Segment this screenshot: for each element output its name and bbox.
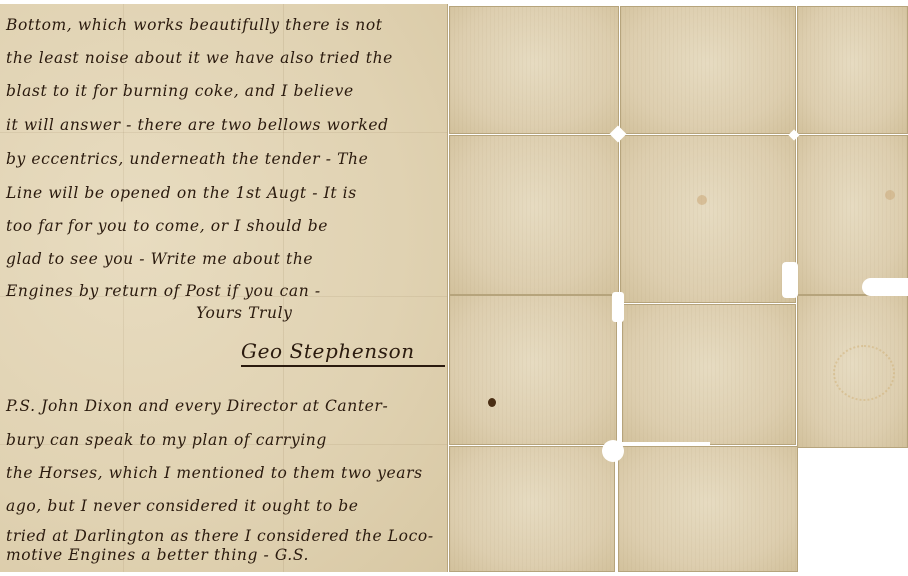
- postscript-line: bury can speak to my plan of carrying: [6, 431, 327, 449]
- tear-hole: [862, 278, 908, 296]
- tear-hole: [612, 292, 624, 322]
- postscript-line: ago, but I never considered it ought to …: [6, 497, 359, 515]
- tear-hole: [620, 442, 710, 446]
- blank-panel-r3c2: [622, 304, 796, 445]
- blank-panel-r2c1: [449, 135, 619, 295]
- blank-panel-r4c2: [618, 446, 798, 572]
- postscript-line: motive Engines a better thing - G.S.: [6, 546, 309, 564]
- signature: Geo Stephenson: [241, 339, 445, 367]
- body-line: Line will be opened on the 1st Augt - It…: [6, 184, 357, 202]
- foxing-spot: [697, 195, 707, 205]
- postscript-line: tried at Darlington as there I considere…: [6, 527, 434, 545]
- body-line: glad to see you - Write me about the: [6, 250, 313, 268]
- body-line: by eccentrics, underneath the tender - T…: [6, 150, 368, 168]
- blank-panel-r1c2: [620, 6, 796, 134]
- blank-panel-r1c3: [797, 6, 908, 134]
- ink-blot: [488, 398, 496, 407]
- body-line: Engines by return of Post if you can -: [6, 282, 321, 300]
- blank-panel-r4c1: [449, 446, 615, 572]
- closing: Yours Truly: [196, 304, 293, 322]
- postscript-line: P.S. John Dixon and every Director at Ca…: [6, 397, 388, 415]
- blank-panel-r2c2: [620, 135, 796, 303]
- postscript-line: the Horses, which I mentioned to them tw…: [6, 464, 423, 482]
- blank-panel-r2c3: [797, 135, 908, 295]
- blank-panel-r3c1: [449, 295, 617, 445]
- body-line: it will answer - there are two bellows w…: [6, 116, 389, 134]
- body-line: the least noise about it we have also tr…: [6, 49, 393, 67]
- tear-hole: [782, 262, 798, 298]
- faint-postmark-stamp: [833, 345, 895, 401]
- blank-panel-r1c1: [449, 6, 619, 134]
- body-line: blast to it for burning coke, and I beli…: [6, 82, 354, 100]
- body-line: too far for you to come, or I should be: [6, 217, 328, 235]
- foxing-spot: [885, 190, 895, 200]
- body-line: Bottom, which works beautifully there is…: [6, 16, 383, 34]
